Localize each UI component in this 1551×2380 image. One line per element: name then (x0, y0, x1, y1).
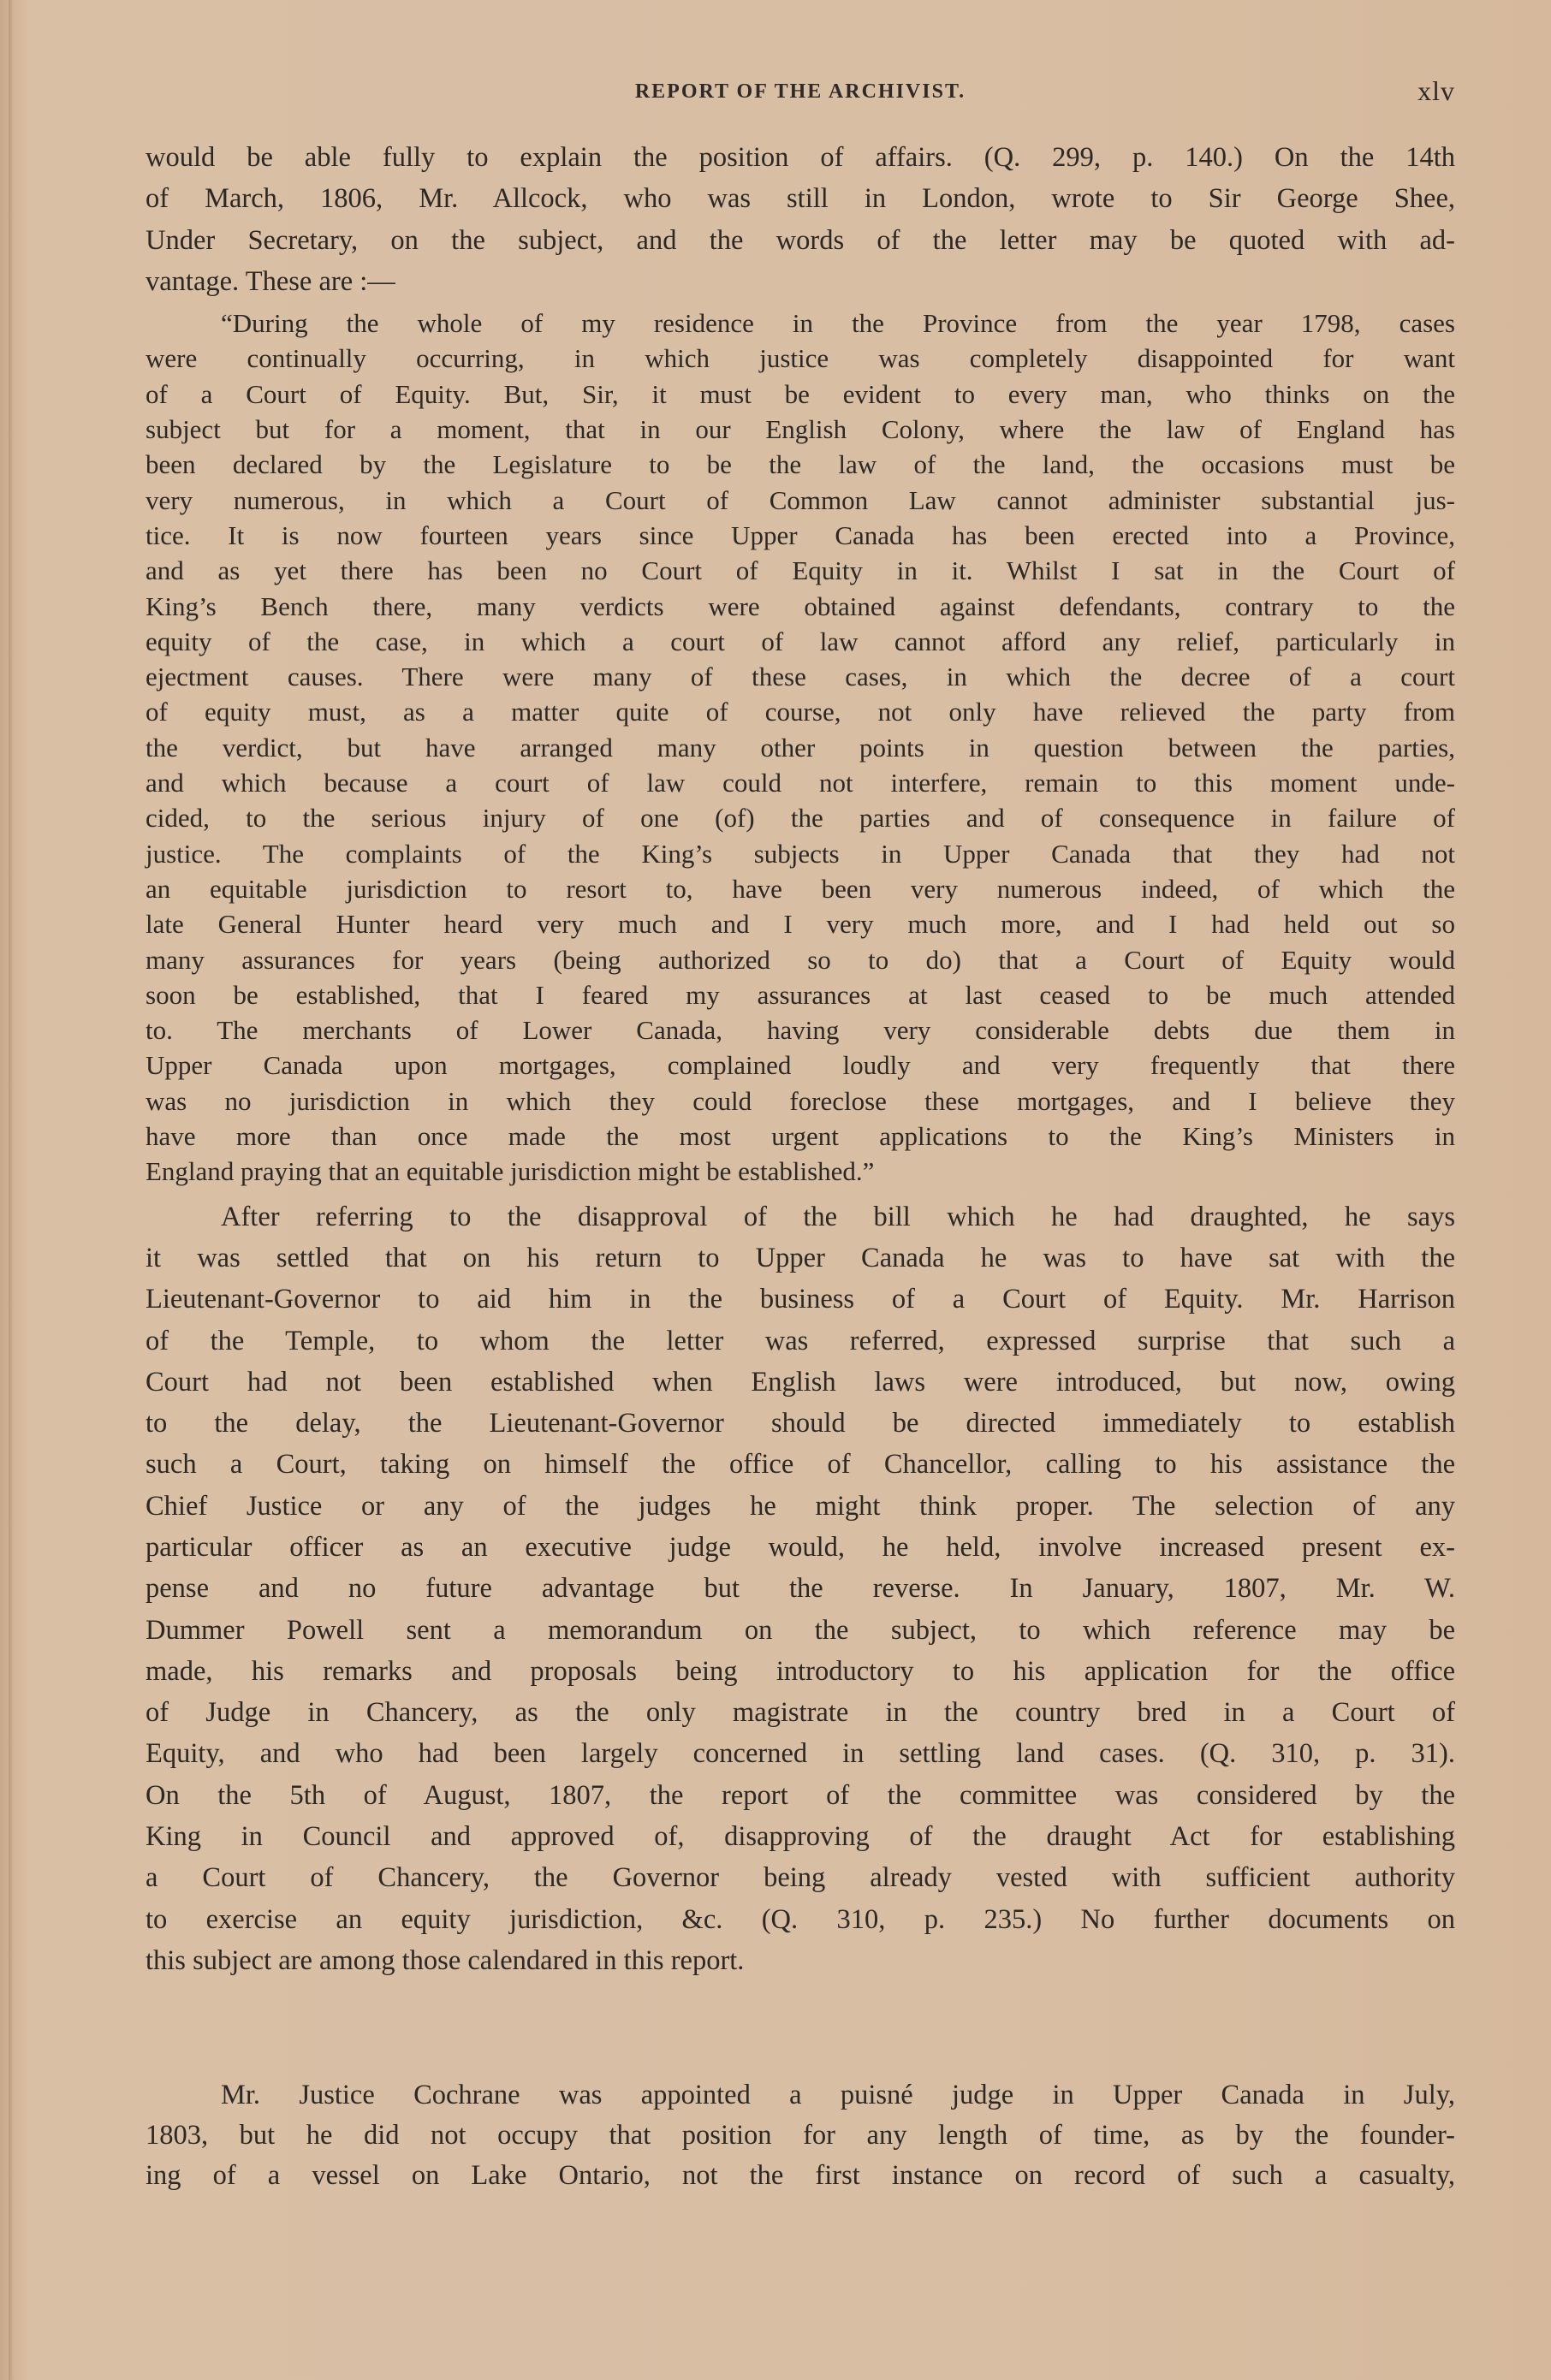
quote-line: and which because a court of law could n… (146, 765, 1455, 800)
text-line: it was settled that on his return to Upp… (146, 1237, 1455, 1279)
quote-line: King’s Bench there, many verdicts were o… (146, 589, 1455, 624)
text-line: made, his remarks and proposals being in… (146, 1651, 1455, 1692)
quote-line: justice. The complaints of the King’s su… (146, 836, 1455, 871)
body-text: would be able fully to explain the posit… (146, 137, 1455, 2196)
quote-line: of equity must, as a matter quite of cou… (146, 694, 1455, 729)
quote-line: soon be established, that I feared my as… (146, 977, 1455, 1012)
text-line: Dummer Powell sent a memorandum on the s… (146, 1610, 1455, 1651)
text-line: particular officer as an executive judge… (146, 1527, 1455, 1568)
quote-line: equity of the case, in which a court of … (146, 624, 1455, 659)
quote-line: cided, to the serious injury of one (of)… (146, 800, 1455, 835)
paragraph-intro: would be able fully to explain the posit… (146, 137, 1455, 302)
quote-line: many assurances for years (being authori… (146, 942, 1455, 977)
text-line: a Court of Chancery, the Governor being … (146, 1857, 1455, 1898)
text-line: Under Secretary, on the subject, and the… (146, 220, 1455, 261)
quote-line: very numerous, in which a Court of Commo… (146, 483, 1455, 518)
text-line: Court had not been established when Engl… (146, 1362, 1455, 1403)
text-line: to exercise an equity jurisdiction, &c. … (146, 1899, 1455, 1940)
quote-line: ejectment causes. There were many of the… (146, 659, 1455, 694)
quote-line: Upper Canada upon mortgages, complained … (146, 1048, 1455, 1083)
text-line: of Judge in Chancery, as the only magist… (146, 1692, 1455, 1733)
text-line: Mr. Justice Cochrane was appointed a pui… (146, 2075, 1455, 2116)
text-line: to the delay, the Lieutenant-Governor sh… (146, 1403, 1455, 1444)
page-number: xlv (1417, 75, 1455, 107)
running-head: REPORT OF THE ARCHIVIST. xlv (146, 75, 1455, 110)
block-quote-letter: “During the whole of my residence in the… (146, 306, 1455, 1189)
quote-line: have more than once made the most urgent… (146, 1119, 1455, 1154)
text-line: Lieutenant-Governor to aid him in the bu… (146, 1279, 1455, 1320)
text-line: of March, 1806, Mr. Allcock, who was sti… (146, 178, 1455, 219)
paragraph-after-quote: After referring to the disapproval of th… (146, 1196, 1455, 1982)
text-line: ing of a vessel on Lake Ontario, not the… (146, 2156, 1455, 2196)
text-line: pense and no future advantage but the re… (146, 1568, 1455, 1609)
text-line: 1803, but he did not occupy that positio… (146, 2116, 1455, 2156)
running-title: REPORT OF THE ARCHIVIST. (146, 80, 1455, 104)
paragraph-cochrane: Mr. Justice Cochrane was appointed a pui… (146, 2075, 1455, 2196)
quote-line: late General Hunter heard very much and … (146, 906, 1455, 941)
quote-line: been declared by the Legislature to be t… (146, 447, 1455, 482)
text-line: would be able fully to explain the posit… (146, 137, 1455, 178)
quote-line: to. The merchants of Lower Canada, havin… (146, 1012, 1455, 1048)
text-line: On the 5th of August, 1807, the report o… (146, 1775, 1455, 1816)
text-line: Equity, and who had been largely concern… (146, 1733, 1455, 1774)
quote-line: was no jurisdiction in which they could … (146, 1083, 1455, 1119)
text-line: such a Court, taking on himself the offi… (146, 1444, 1455, 1485)
quote-line: the verdict, but have arranged many othe… (146, 730, 1455, 765)
text-line: of the Temple, to whom the letter was re… (146, 1321, 1455, 1362)
quote-line: “During the whole of my residence in the… (146, 306, 1455, 341)
text-line: vantage. These are :— (146, 261, 1455, 302)
text-line: After referring to the disapproval of th… (146, 1196, 1455, 1237)
quote-line: tice. It is now fourteen years since Upp… (146, 518, 1455, 553)
quote-line: England praying that an equitable jurisd… (146, 1154, 1455, 1189)
quote-line: of a Court of Equity. But, Sir, it must … (146, 377, 1455, 412)
text-line: King in Council and approved of, disappr… (146, 1816, 1455, 1857)
section-gap (146, 1981, 1455, 2075)
quote-line: an equitable jurisdiction to resort to, … (146, 871, 1455, 906)
scanned-page: REPORT OF THE ARCHIVIST. xlv would be ab… (0, 0, 1551, 2380)
text-line: Chief Justice or any of the judges he mi… (146, 1486, 1455, 1527)
quote-line: and as yet there has been no Court of Eq… (146, 553, 1455, 588)
quote-line: were continually occurring, in which jus… (146, 341, 1455, 376)
quote-line: subject but for a moment, that in our En… (146, 412, 1455, 447)
text-line: this subject are among those calendared … (146, 1940, 1455, 1981)
